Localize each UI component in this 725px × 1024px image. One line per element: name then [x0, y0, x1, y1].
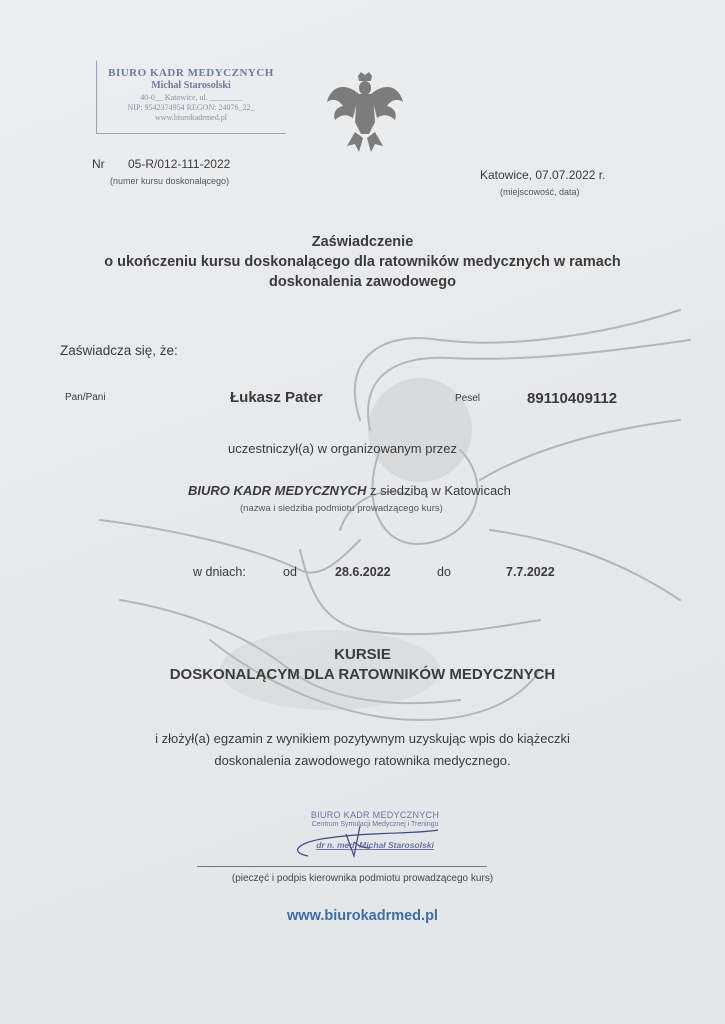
from-date: 28.6.2022: [335, 565, 391, 579]
stamp-company-name: BIURO KADR MEDYCZNYCH: [97, 67, 285, 79]
person-name: Łukasz Pater: [230, 389, 323, 406]
title-line-2: o ukończeniu kursu doskonalącego dla rat…: [0, 252, 725, 272]
organizer-name: BIURO KADR MEDYCZNYCH: [188, 483, 366, 498]
from-label: od: [283, 565, 297, 579]
person-label: Pan/Pani: [65, 392, 106, 403]
cpr-watermark-illustration: [60, 300, 700, 760]
signature-caption: (pieczęć i podpis kierownika podmiotu pr…: [0, 873, 725, 884]
certificate-page: BIURO KADR MEDYCZNYCH Michał Starosolski…: [0, 0, 725, 1024]
exam-statement: i złożył(a) egzamin z wynikiem pozytywny…: [0, 728, 725, 772]
handwritten-signature: [288, 812, 468, 862]
place-and-date-caption: (miejscowość, data): [500, 187, 580, 197]
title-line-1: Zaświadczenie: [0, 232, 725, 252]
pesel-label: Pesel: [455, 393, 480, 404]
attestation-intro: Zaświadcza się, że:: [60, 343, 178, 358]
stamp-website: www.biurokadrmed.pl: [97, 113, 285, 122]
exam-line-1: i złożył(a) egzamin z wynikiem pozytywny…: [0, 728, 725, 750]
place-and-date: Katowice, 07.07.2022 r.: [480, 168, 605, 182]
participation-text: uczestniczył(a) w organizowanym przez: [228, 441, 457, 456]
title-line-3: doskonalenia zawodowego: [0, 272, 725, 292]
course-name: KURSIE DOSKONALĄCYM DLA RATOWNIKÓW MEDYC…: [0, 645, 725, 685]
website-link[interactable]: www.biurokadrmed.pl: [0, 908, 725, 924]
exam-line-2: doskonalenia zawodowego ratownika medycz…: [0, 750, 725, 772]
organizer-line: BIURO KADR MEDYCZNYCH z siedzibą w Katow…: [188, 483, 511, 498]
stamp-tax-ids: NIP: 9542374954 REGON: 24076_22_: [97, 103, 285, 112]
to-date: 7.7.2022: [506, 565, 555, 579]
document-title: Zaświadczenie o ukończeniu kursu doskona…: [0, 232, 725, 292]
stamp-address: 40-0__ Katowice, ul. ________: [97, 93, 285, 102]
dates-label: w dniach:: [193, 565, 246, 579]
course-number-caption: (numer kursu doskonalącego): [110, 176, 229, 186]
course-line-2: DOSKONALĄCYM DLA RATOWNIKÓW MEDYCZNYCH: [0, 665, 725, 685]
course-number-label: Nr: [92, 157, 105, 171]
stamp-owner: Michał Starosolski: [97, 80, 285, 91]
organizer-seat: z siedzibą w Katowicach: [366, 483, 511, 498]
company-stamp: BIURO KADR MEDYCZNYCH Michał Starosolski…: [96, 60, 286, 134]
pesel-number: 89110409112: [527, 390, 617, 407]
to-label: do: [437, 565, 451, 579]
course-number: 05-R/012-111-2022: [128, 157, 230, 171]
course-line-1: KURSIE: [0, 645, 725, 665]
polish-eagle-icon: [325, 72, 405, 156]
organizer-caption: (nazwa i siedziba podmiotu prowadzącego …: [240, 503, 443, 514]
signature-line: [197, 866, 487, 867]
